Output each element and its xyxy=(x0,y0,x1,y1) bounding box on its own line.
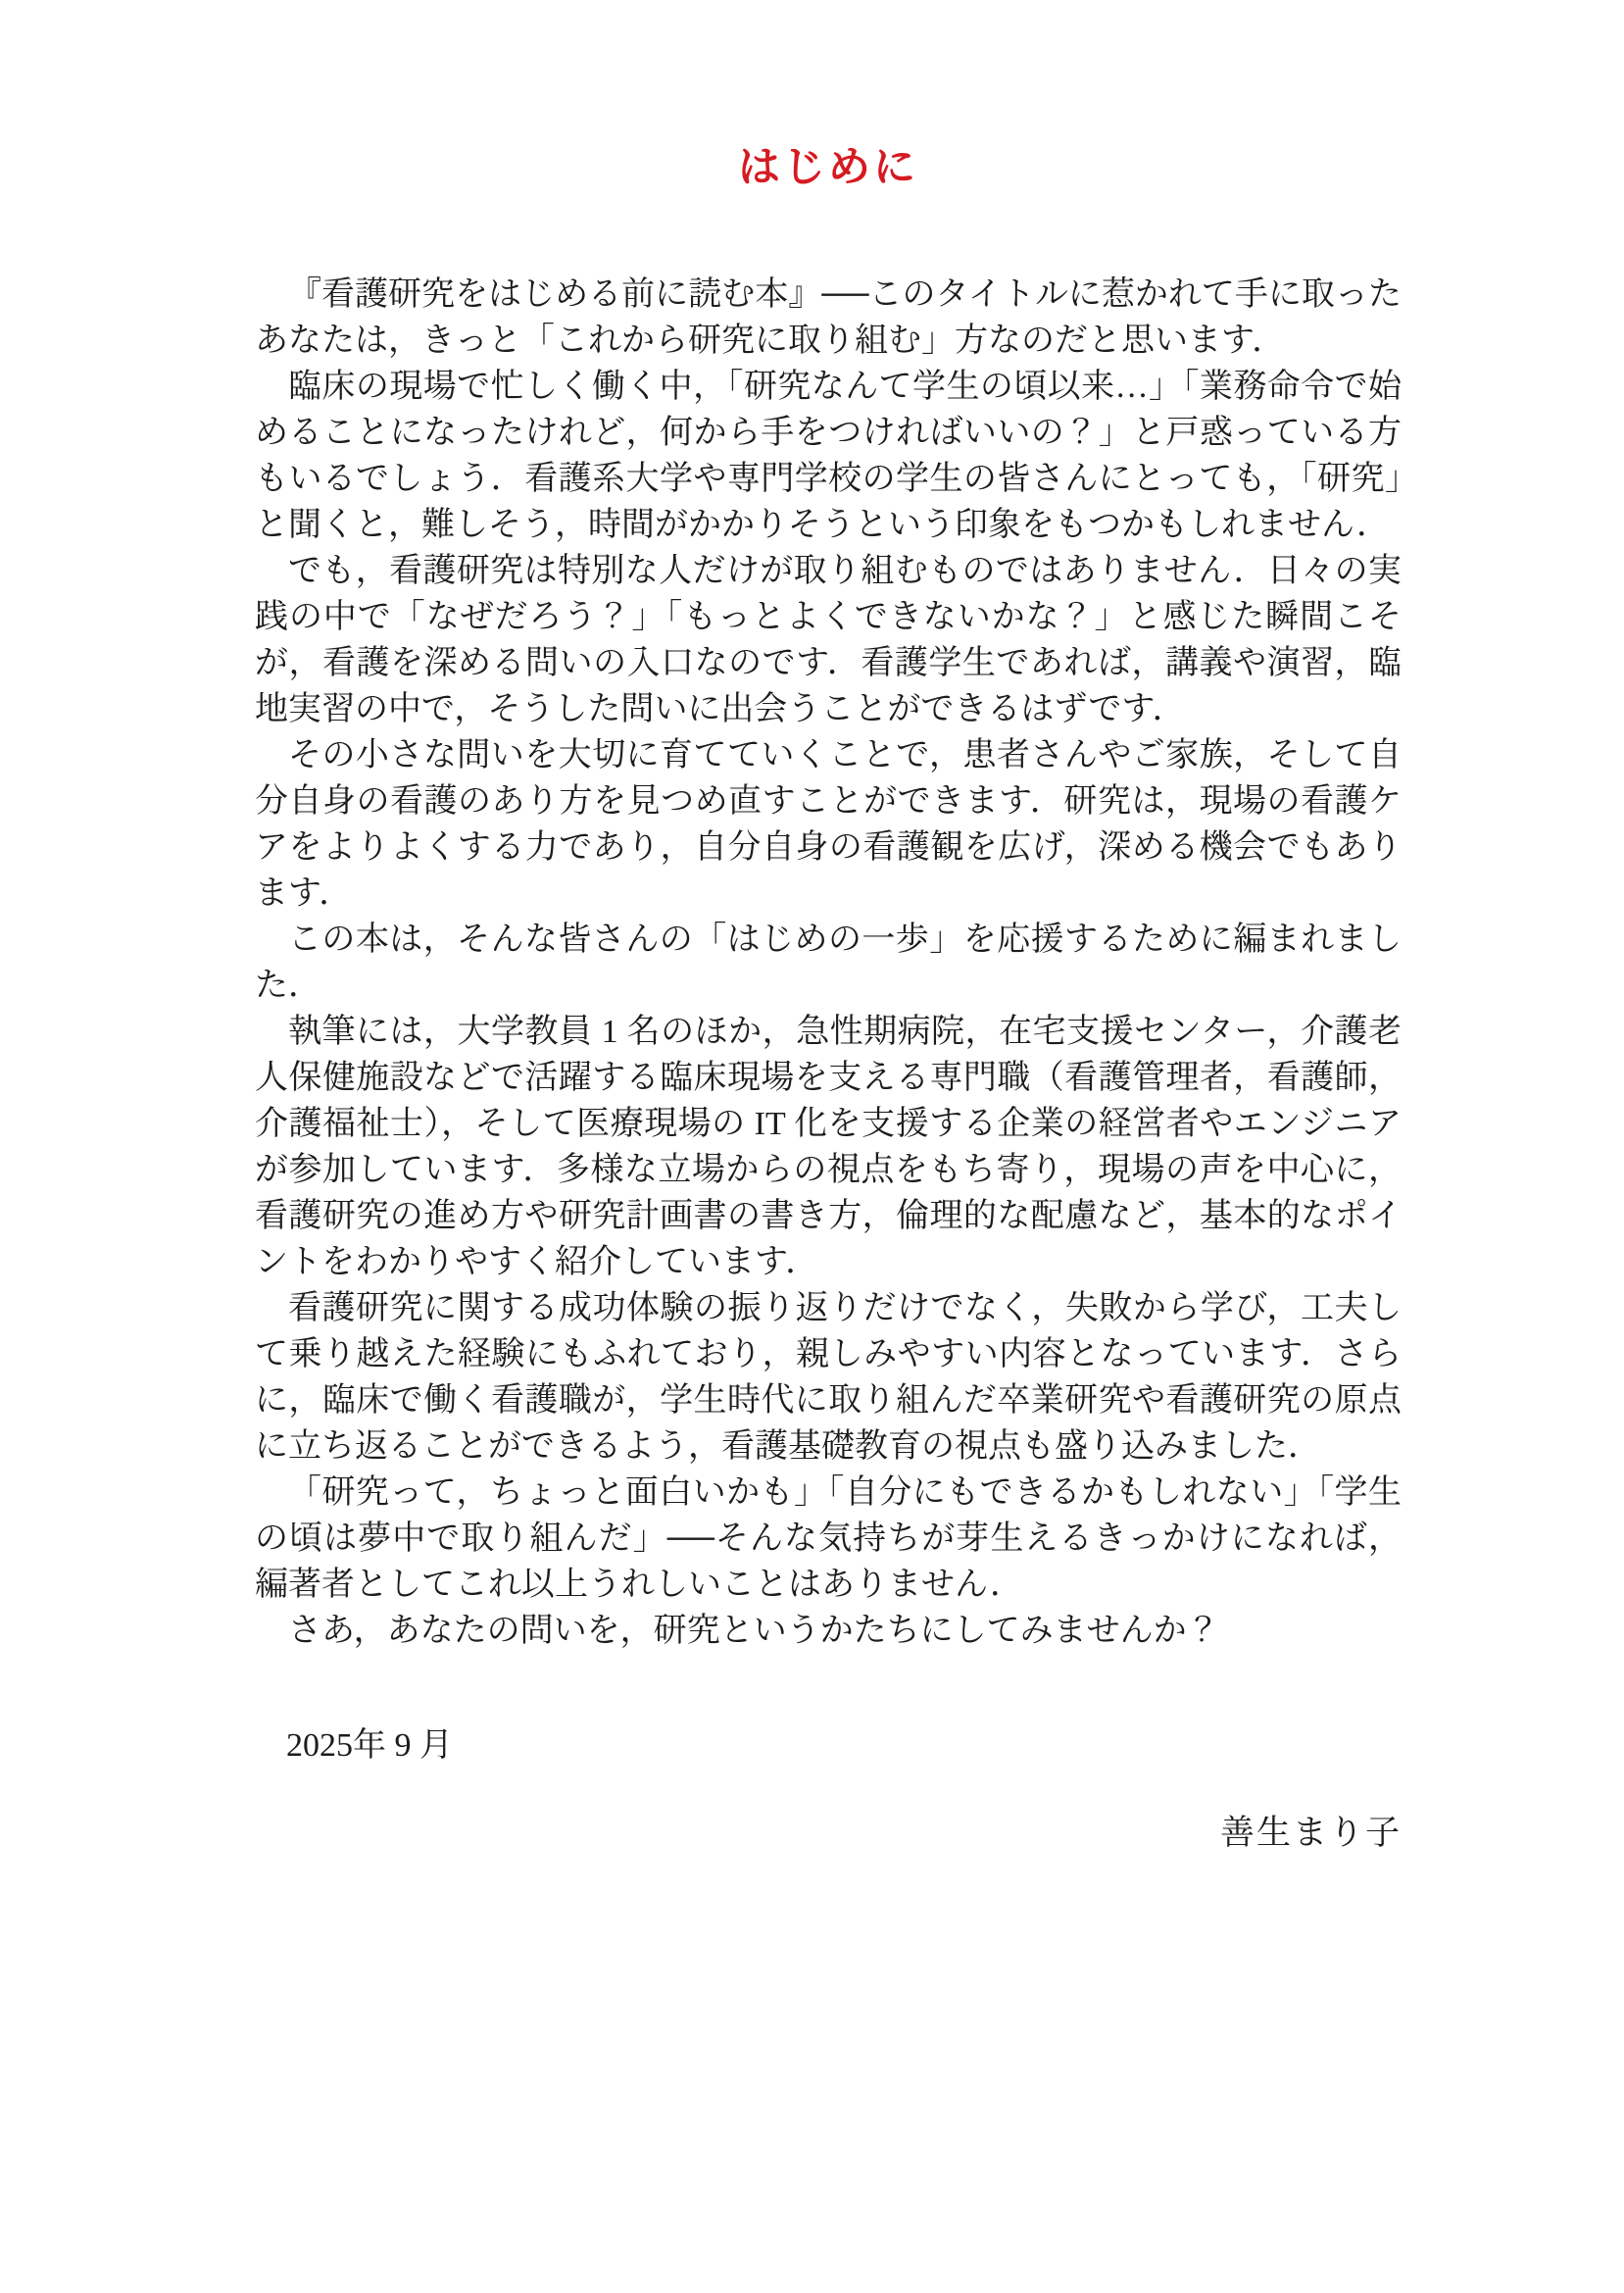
text-column: はじめに 『看護研究をはじめる前に読む本』──このタイトルに惹かれて手に取ったあ… xyxy=(255,0,1402,1856)
date-line: 2025年 9 月 xyxy=(255,1722,1402,1769)
paragraph: その小さな問いを大切に育てていくことで，患者さんやご家族，そして自分自身の看護の… xyxy=(255,732,1402,917)
preface-body: 『看護研究をはじめる前に読む本』──このタイトルに惹かれて手に取ったあなたは，き… xyxy=(255,272,1402,1654)
paragraph: 『看護研究をはじめる前に読む本』──このタイトルに惹かれて手に取ったあなたは，き… xyxy=(255,272,1402,364)
author-name: 善生まり子 xyxy=(255,1810,1402,1856)
preface-page: はじめに 『看護研究をはじめる前に読む本』──このタイトルに惹かれて手に取ったあ… xyxy=(0,0,1624,2293)
paragraph: 「研究って，ちょっと面白いかも」「自分にもできるかもしれない」「学生の頃は夢中で… xyxy=(255,1470,1402,1608)
paragraph: この本は，そんな皆さんの「はじめの一歩」を応援するために編まれました． xyxy=(255,917,1402,1009)
paragraph: 執筆には，大学教員 1 名のほか，急性期病院，在宅支援センター，介護老人保健施設… xyxy=(255,1009,1402,1285)
paragraph: 看護研究に関する成功体験の振り返りだけでなく，失敗から学び，工夫して乗り越えた経… xyxy=(255,1285,1402,1470)
page-title: はじめに xyxy=(255,147,1402,189)
paragraph: 臨床の現場で忙しく働く中，「研究なんて学生の頃以来…」「業務命令で始めることにな… xyxy=(255,364,1402,548)
paragraph: でも，看護研究は特別な人だけが取り組むものではありません．日々の実践の中で「なぜ… xyxy=(255,548,1402,732)
paragraph: さあ，あなたの問いを，研究というかたちにしてみませんか？ xyxy=(255,1608,1402,1654)
